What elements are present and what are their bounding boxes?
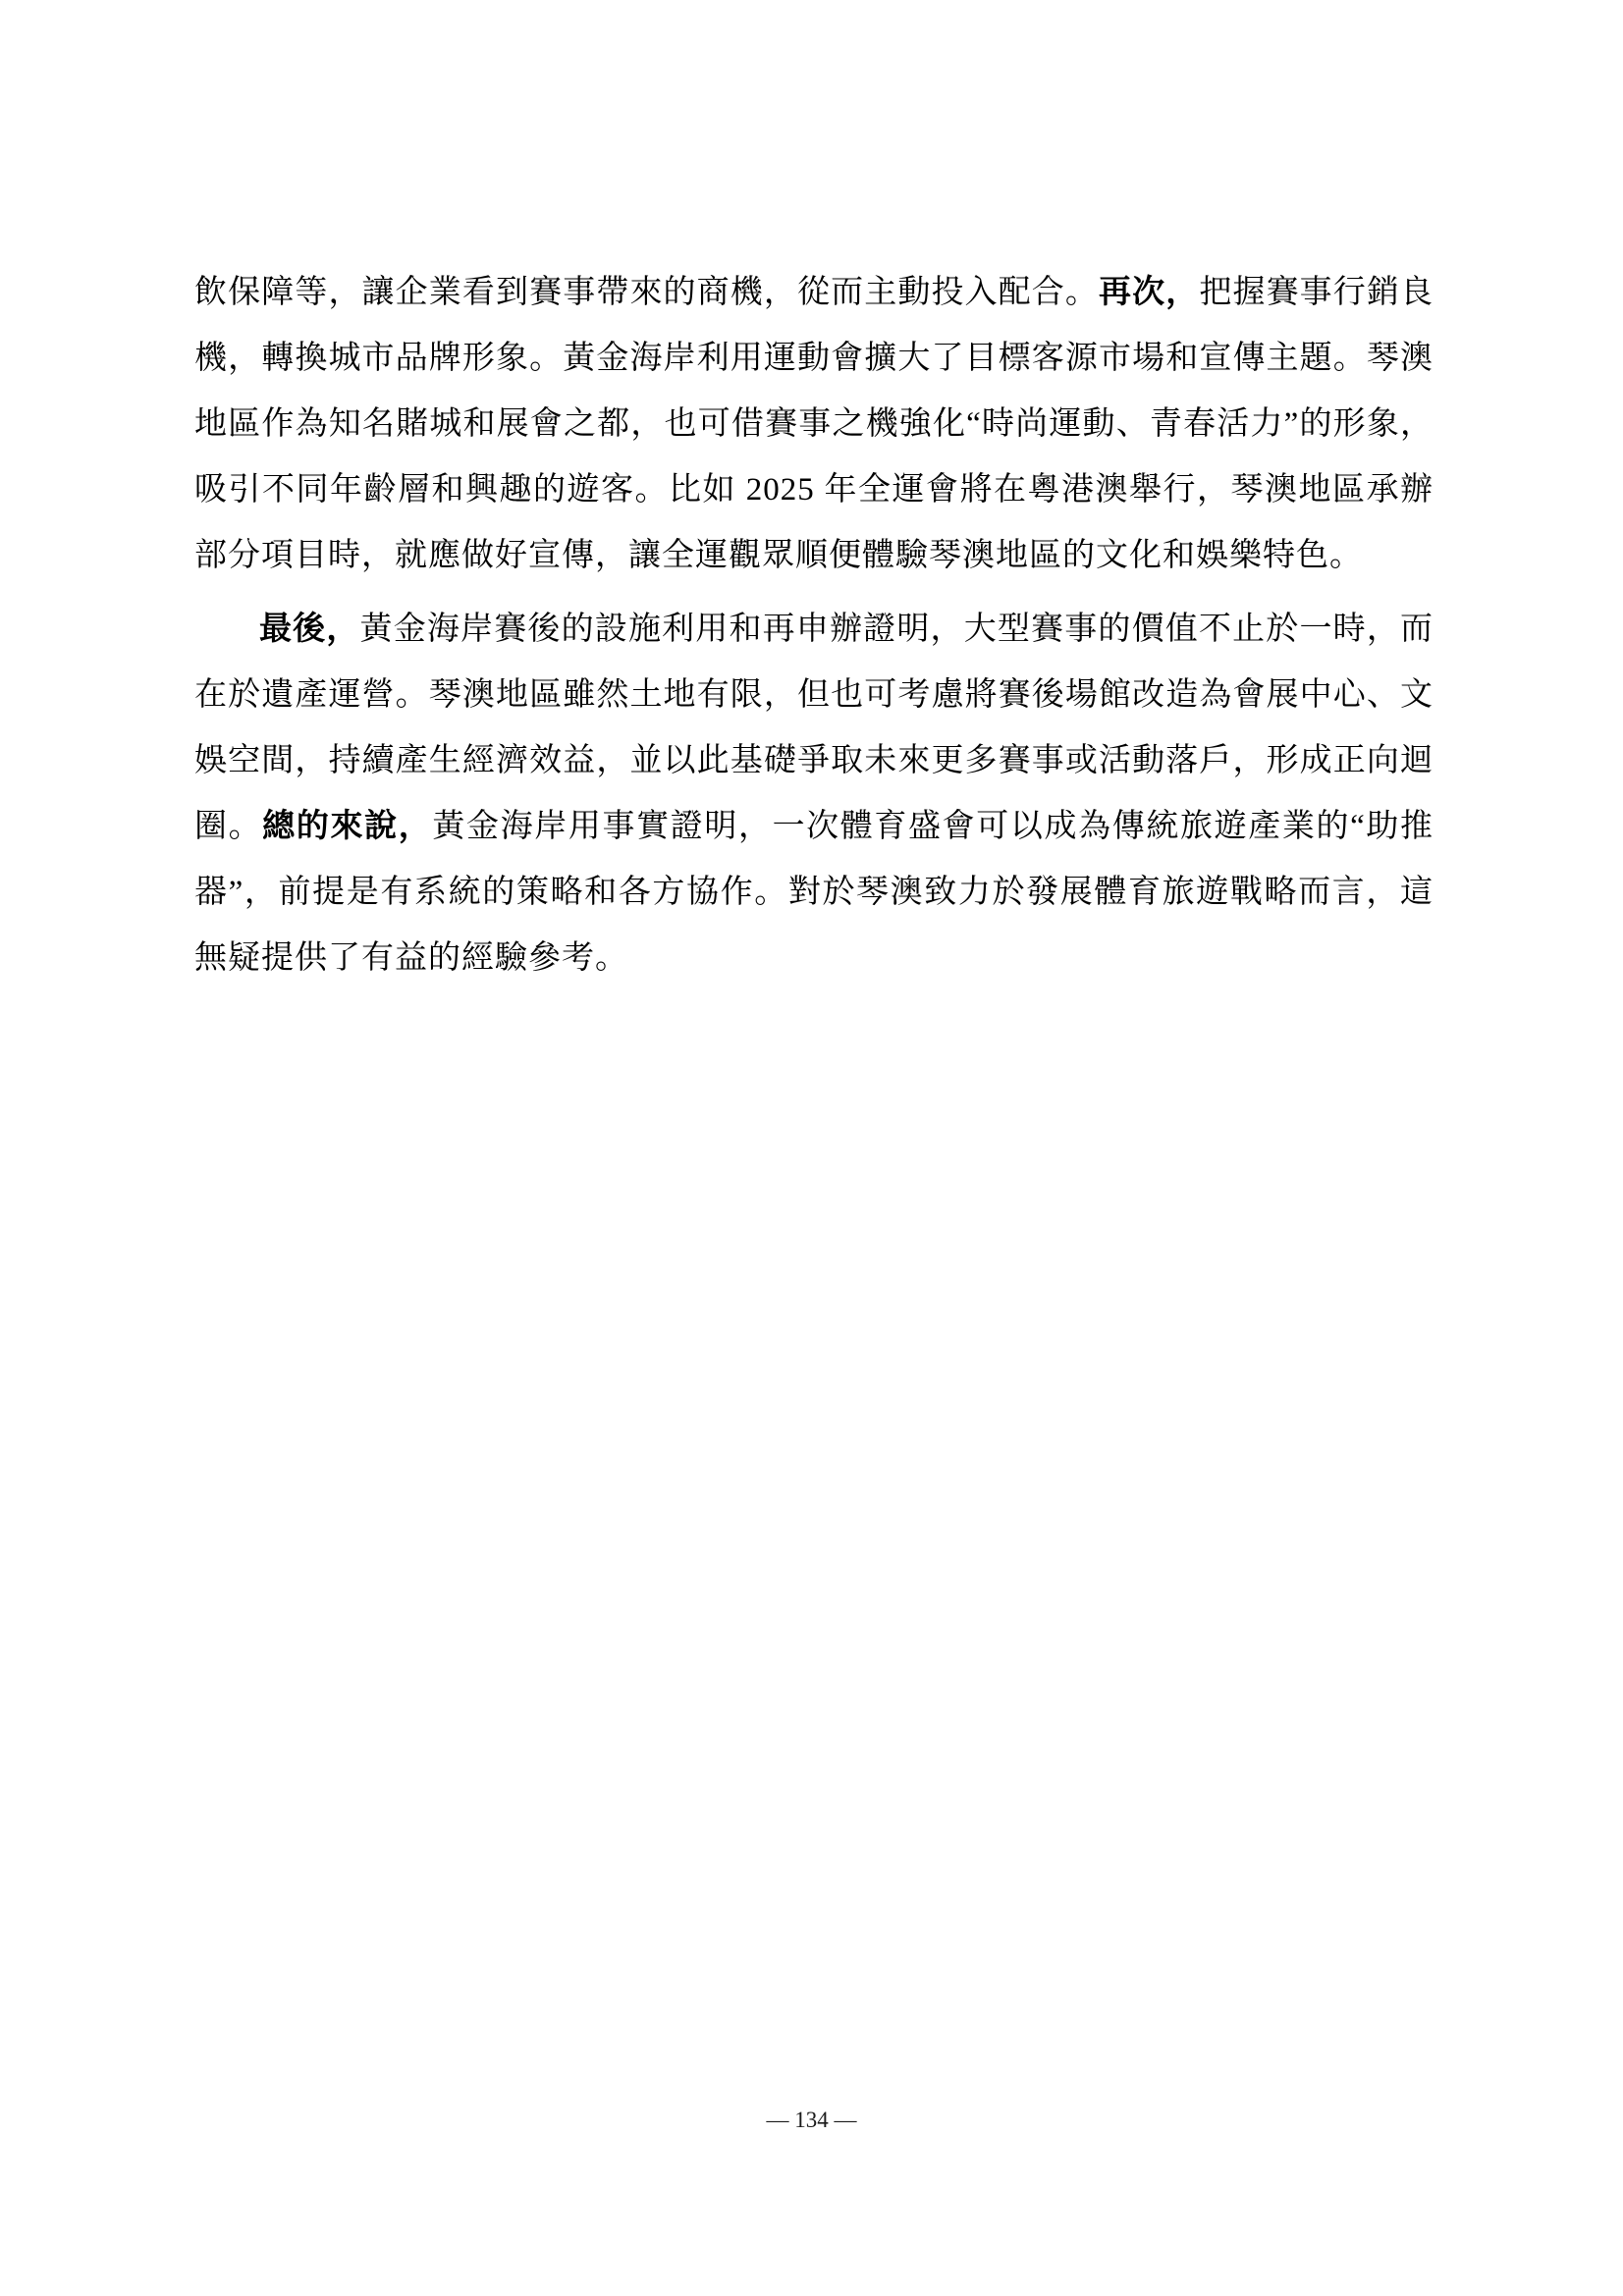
page-number: — 134 — bbox=[0, 2106, 1623, 2135]
paragraph-2: 最後，黃金海岸賽後的設施利用和再申辦證明，大型賽事的價值不止於一時，而在於遺產運… bbox=[194, 597, 1434, 991]
emphasis-run: 再次， bbox=[1099, 275, 1199, 310]
emphasis-run: 總的來說， bbox=[262, 809, 432, 844]
text-run: 飲保障等，讓企業看到賽事帶來的商機，從而主動投入配合。 bbox=[194, 275, 1099, 310]
page-body-text: 飲保障等，讓企業看到賽事帶來的商機，從而主動投入配合。再次，把握賽事行銷良機，轉… bbox=[194, 260, 1434, 991]
text-run: 把握賽事行銷良機，轉換城市品牌形象。黃金海岸利用運動會擴大了目標客源市場和宣傳主… bbox=[194, 275, 1434, 573]
paragraph-1: 飲保障等，讓企業看到賽事帶來的商機，從而主動投入配合。再次，把握賽事行銷良機，轉… bbox=[194, 260, 1434, 589]
emphasis-run: 最後， bbox=[259, 612, 360, 647]
document-page: 飲保障等，讓企業看到賽事帶來的商機，從而主動投入配合。再次，把握賽事行銷良機，轉… bbox=[0, 0, 1623, 2296]
